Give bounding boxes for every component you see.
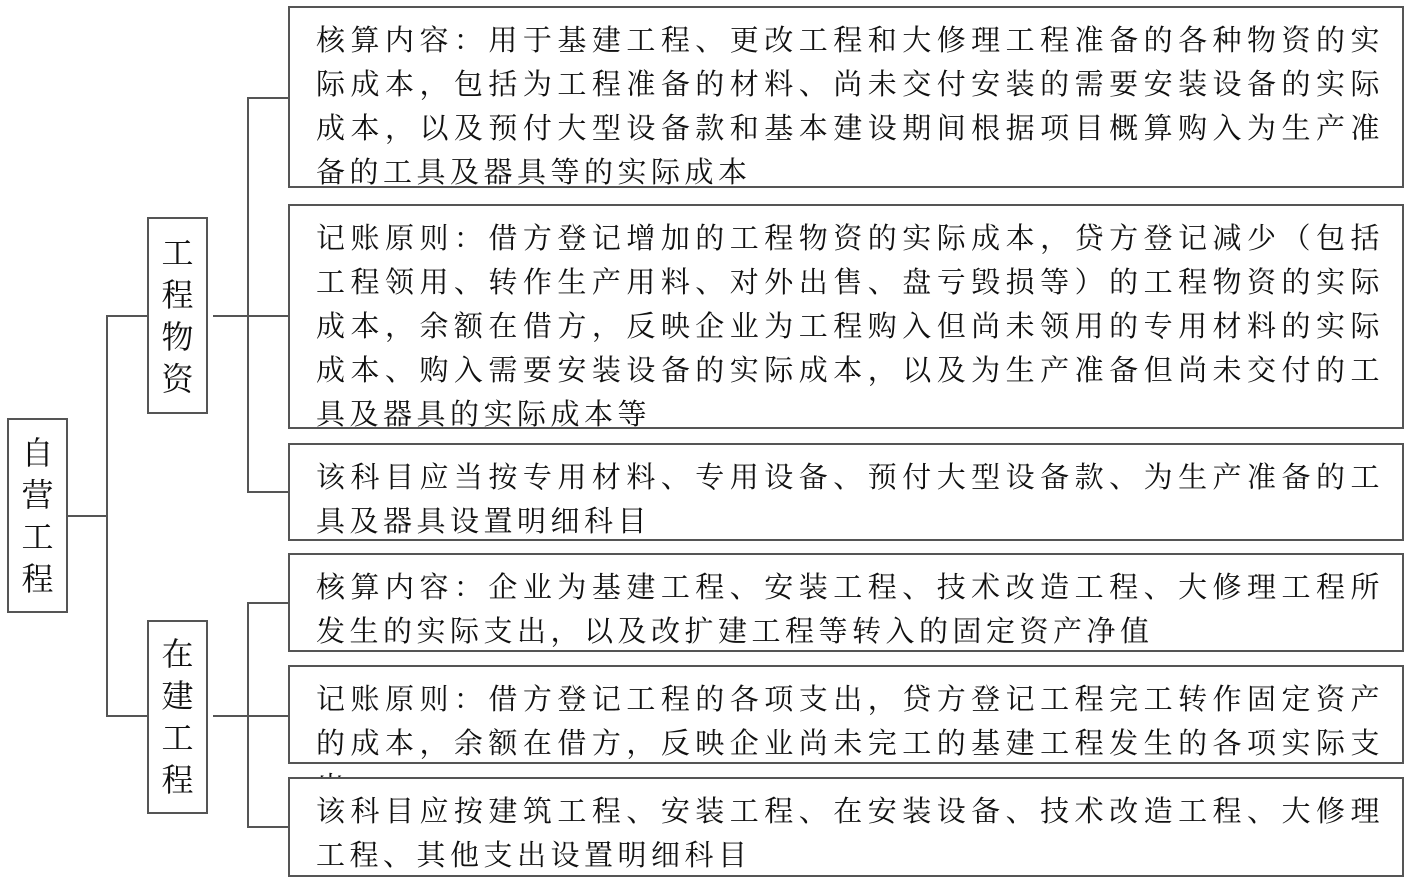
branch-char: 程 [161, 759, 193, 801]
item-text: 核算内容：企业为基建工程、安装工程、技术改造工程、大修理工程所发生的实际支出，以… [316, 565, 1384, 653]
root-char: 工 [21, 516, 53, 558]
item-text: 记账原则：借方登记增加的工程物资的实际成本，贷方登记减少（包括工程领用、转作生产… [316, 216, 1384, 436]
connector-item-1-3 [247, 491, 288, 493]
branch-char: 资 [161, 358, 193, 400]
root-char: 程 [21, 558, 53, 600]
branch-char: 在 [161, 633, 193, 675]
branch-char: 工 [161, 717, 193, 759]
item-box-bookkeeping-principle-cip: 记账原则：借方登记工程的各项支出，贷方登记工程完工转作固定资产的成本，余额在借方… [288, 665, 1404, 764]
connector-root-spine [106, 315, 108, 717]
branch-node-engineering-materials: 工 程 物 资 [147, 217, 208, 414]
connector-item-2-3 [247, 826, 288, 828]
branch-char: 工 [161, 232, 193, 274]
item-box-bookkeeping-principle-materials: 记账原则：借方登记增加的工程物资的实际成本，贷方登记减少（包括工程领用、转作生产… [288, 204, 1404, 429]
connector-item-2-2 [247, 715, 288, 717]
item-text: 该科目应按建筑工程、安装工程、在安装设备、技术改造工程、大修理工程、其他支出设置… [316, 789, 1384, 877]
root-char: 营 [21, 474, 53, 516]
item-box-subaccounts-cip: 该科目应按建筑工程、安装工程、在安装设备、技术改造工程、大修理工程、其他支出设置… [288, 777, 1404, 877]
item-text: 该科目应当按专用材料、专用设备、预付大型设备款、为生产准备的工具及器具设置明细科… [316, 455, 1384, 543]
connector-item-1-1 [247, 97, 288, 99]
item-text: 核算内容：用于基建工程、更改工程和大修理工程准备的各种物资的实际成本，包括为工程… [316, 18, 1384, 194]
root-char: 自 [21, 432, 53, 474]
branch-char: 程 [161, 274, 193, 316]
branch-node-construction-in-progress: 在 建 工 程 [147, 620, 208, 814]
connector-branch-1-spine [247, 97, 249, 493]
connector-item-2-1 [247, 602, 288, 604]
branch-char: 建 [161, 675, 193, 717]
item-box-accounting-content-materials: 核算内容：用于基建工程、更改工程和大修理工程准备的各种物资的实际成本，包括为工程… [288, 6, 1404, 188]
connector-to-branch-2 [106, 715, 147, 717]
root-node-self-operated-construction: 自 营 工 程 [7, 418, 68, 613]
connector-root-out [68, 515, 107, 517]
item-box-subaccounts-materials: 该科目应当按专用材料、专用设备、预付大型设备款、为生产准备的工具及器具设置明细科… [288, 443, 1404, 541]
connector-to-branch-1 [106, 315, 147, 317]
connector-item-1-2 [247, 315, 288, 317]
item-box-accounting-content-cip: 核算内容：企业为基建工程、安装工程、技术改造工程、大修理工程所发生的实际支出，以… [288, 553, 1404, 652]
branch-char: 物 [161, 316, 193, 358]
